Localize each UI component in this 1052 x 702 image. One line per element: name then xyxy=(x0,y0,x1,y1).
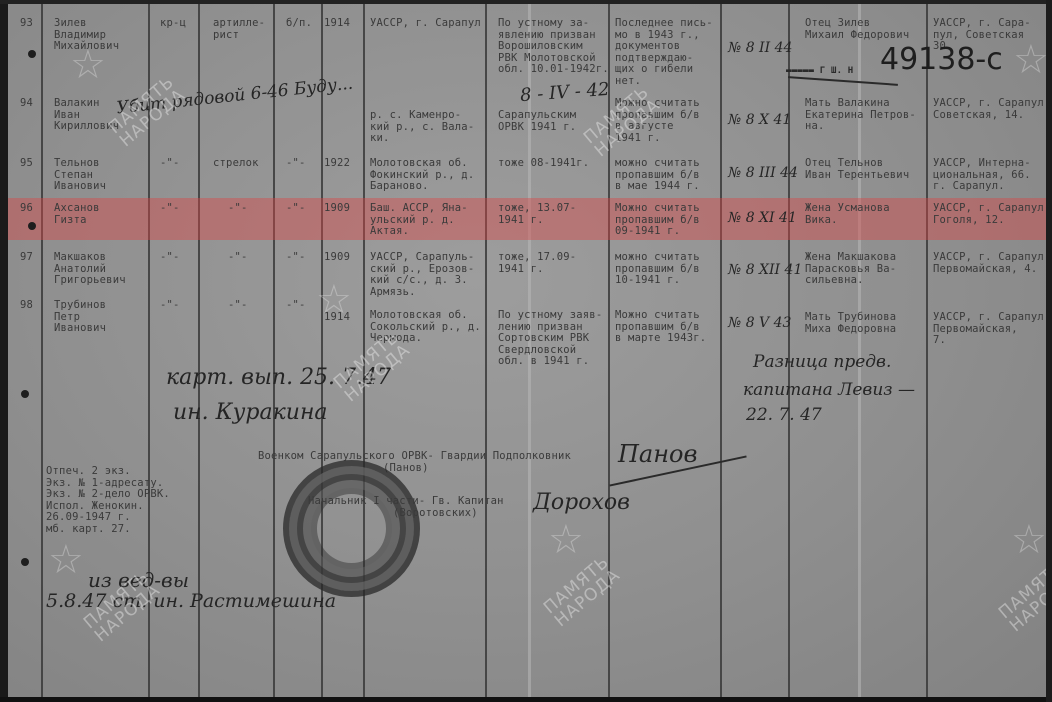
conscription: По устному заяв- лению призван Сортовски… xyxy=(498,310,602,368)
handwritten-mark: № 8 V 43 xyxy=(728,315,791,331)
handwritten-note: Разница предв. xyxy=(753,352,891,372)
star-icon: ☆ xyxy=(548,520,584,560)
row-number: 94 xyxy=(20,98,33,110)
scan-border-bottom xyxy=(0,697,1052,702)
party-status: -"- xyxy=(286,300,306,312)
birthplace: УАССР, г. Сарапул xyxy=(370,18,481,30)
column-rule xyxy=(608,0,610,700)
fate: можно считать пропавшим б/в 10-1941 г. xyxy=(615,252,700,287)
star-icon: ☆ xyxy=(48,540,84,580)
column-rule xyxy=(720,0,722,700)
watermark: ПАМЯТЬ НАРОДА xyxy=(996,559,1048,636)
rank: -"- xyxy=(160,252,180,264)
chief-title: Начальник I части- Гв. Капитан xyxy=(308,496,504,508)
conscription: тоже, 17.09- 1941 г. xyxy=(498,252,576,275)
rank: -"- xyxy=(160,203,180,215)
party-status: б/п. xyxy=(286,18,312,30)
column-rule xyxy=(485,0,487,700)
birth-year: 1909 xyxy=(324,203,350,215)
birthplace: УАССР, Сарапуль- ский р., Ерозов- кий с/… xyxy=(370,252,474,298)
handwritten-mark: № 8 II 44 xyxy=(728,40,792,56)
relative-address: УАССР, Интерна- циональная, 66. г. Сарап… xyxy=(933,158,1031,193)
row-number: 95 xyxy=(20,158,33,170)
rank: -"- xyxy=(160,158,180,170)
handwritten-note: 8 - IV - 42 xyxy=(519,79,610,106)
party-status: -"- xyxy=(286,203,306,215)
chief-name: (Воротовских) xyxy=(393,508,478,520)
specialty: -"- xyxy=(228,252,248,264)
scan-border-top xyxy=(0,0,1052,4)
birthplace: Молотовская об. Фокинский р., д. Баранов… xyxy=(370,158,474,193)
star-icon: ☆ xyxy=(70,45,106,85)
row-number: 93 xyxy=(20,18,33,30)
relative-address: УАССР, г. Сарапул Гоголя, 12. xyxy=(933,203,1044,226)
punch-hole xyxy=(28,222,36,230)
relative: Мать Валакина Екатерина Петров- на. xyxy=(805,98,916,133)
relative: Жена Макшакова Парасковья Ва- сильевна. xyxy=(805,252,896,287)
birth-year: 1909 xyxy=(324,252,350,264)
star-icon: ☆ xyxy=(316,280,352,320)
punch-hole xyxy=(28,50,36,58)
specialty: артилле- рист xyxy=(213,18,265,41)
handwritten-mark: № 8 III 44 xyxy=(728,165,798,181)
soldier-name: Ахсанов Гизта xyxy=(54,203,100,226)
relative: Жена Усманова Вика. xyxy=(805,203,890,226)
watermark: ПАМЯТЬ НАРОДА xyxy=(541,554,623,631)
relative: Отец Зилев Михаил Федорович xyxy=(805,18,909,41)
official-seal xyxy=(283,460,420,597)
fate: Последнее пись- мо в 1943 г., документов… xyxy=(615,18,713,87)
relative-address: УАССР, г. Сарапул Первомайская, 7. xyxy=(933,312,1044,347)
handwritten-note: ин. Куракина xyxy=(173,400,328,425)
column-rule xyxy=(788,0,790,700)
relative-address: УАССР, г. Сарапул Первомайская, 4. xyxy=(933,252,1044,275)
punch-hole xyxy=(21,558,29,566)
soldier-name: Трубинов Петр Иванович xyxy=(54,300,106,335)
row-number: 96 xyxy=(20,203,33,215)
handwritten-note: капитана Левиз — xyxy=(743,380,915,400)
soldier-name: Тельнов Степан Иванович xyxy=(54,158,106,193)
specialty: -"- xyxy=(228,203,248,215)
signature: Панов xyxy=(618,440,697,468)
party-status: -"- xyxy=(286,252,306,264)
soldier-name: Макшаков Анатолий Григорьевич xyxy=(54,252,126,287)
conscription: тоже 08-1941г. xyxy=(498,158,589,170)
birth-year: 1914 xyxy=(324,18,350,30)
birthplace: р. с. Каменро- кий р., с. Вала- ки. xyxy=(370,110,474,145)
document-sheet: 93 Зилев Владимир Михайлович кр-ц артилл… xyxy=(8,0,1048,700)
star-icon: ☆ xyxy=(1013,40,1048,80)
party-status: -"- xyxy=(286,158,306,170)
scan-border-right xyxy=(1046,0,1052,702)
rank: кр-ц xyxy=(160,18,186,30)
specialty: -"- xyxy=(228,300,248,312)
pen-stroke xyxy=(788,76,898,86)
relative: Отец Тельнов Иван Терентьевич xyxy=(805,158,909,181)
handwritten-mark: № 8 Х 41 xyxy=(728,112,791,128)
rank: -"- xyxy=(160,300,180,312)
signature: Дорохов xyxy=(533,490,630,515)
row-number: 98 xyxy=(20,300,33,312)
star-icon: ☆ xyxy=(1011,520,1047,560)
conscription: Сарапульским ОРВК 1941 г. xyxy=(498,110,576,133)
fate: можно считать пропавшим б/в в мае 1944 г… xyxy=(615,158,700,193)
column-rule xyxy=(41,0,43,700)
archive-number: 49138-с xyxy=(880,42,1003,77)
relative: Мать Трубинова Миха Федоровна xyxy=(805,312,896,335)
handwritten-note: 22. 7. 47 xyxy=(746,405,822,425)
conscription: тоже, 13.07- 1941 г. xyxy=(498,203,576,226)
birth-year: 1922 xyxy=(324,158,350,170)
handwritten-mark: № 8 XI 41 xyxy=(728,210,797,226)
conscription: По устному за- явлению призван Ворошилов… xyxy=(498,18,609,76)
birthplace: Баш. АССР, Яна- ульский р. д. Актая. xyxy=(370,203,468,238)
specialty: стрелок xyxy=(213,158,259,170)
punch-hole xyxy=(21,390,29,398)
relative-address: УАССР, г. Сарапул Советская, 14. xyxy=(933,98,1044,121)
copies-note: Отпеч. 2 экз. Экз. № 1-адресату. Экз. № … xyxy=(46,466,170,535)
column-rule xyxy=(926,0,928,700)
row-number: 97 xyxy=(20,252,33,264)
fate: Можно считать пропавшим б/в в марте 1943… xyxy=(615,310,706,345)
handwritten-mark: № 8 XII 41 xyxy=(728,262,802,278)
commissar-title: Военком Сарапульского ОРВК- Гвардии Подп… xyxy=(258,451,571,463)
fate: Можно считать пропавшим б/в 09-1941 г. xyxy=(615,203,700,238)
